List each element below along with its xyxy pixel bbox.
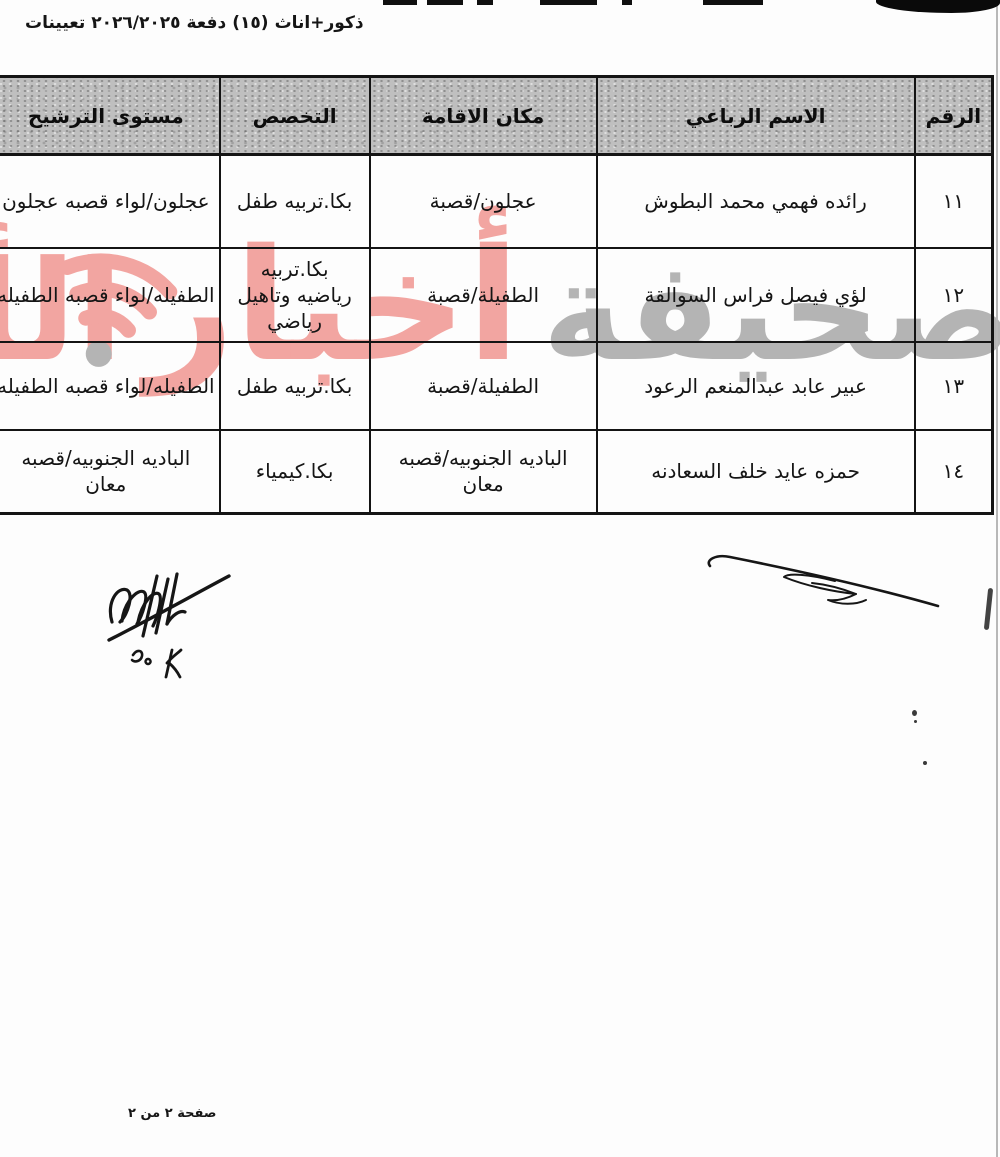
- cell-number: ١١: [915, 155, 993, 248]
- cell-full-name: حمزه عايد خلف السعادنه: [597, 430, 915, 514]
- table-row: ١٣ عبير عابد عبدالمنعم الرعود الطفيلة/قص…: [0, 342, 993, 430]
- cell-full-name: عبير عابد عبدالمنعم الرعود: [597, 342, 915, 430]
- title-word: دفعة: [186, 13, 226, 33]
- cell-residence: عجلون/قصبة: [370, 155, 597, 248]
- title-word: (١٥): [232, 13, 268, 33]
- title-word: ذكور+اناث: [275, 13, 364, 33]
- cell-number: ١٣: [915, 342, 993, 430]
- cell-residence: الطفيلة/قصبة: [370, 342, 597, 430]
- column-header-specialization: التخصص: [220, 77, 370, 155]
- cell-specialization: بكا.تربيه طفل: [220, 155, 370, 248]
- cell-full-name: لؤي فيصل فراس السوالقة: [597, 248, 915, 342]
- cell-specialization: بكا.كيمياء: [220, 430, 370, 514]
- cell-nomination-level: الباديه الجنوبيه/قصبه معان: [0, 430, 220, 514]
- table-row: ١٤ حمزه عايد خلف السعادنه الباديه الجنوب…: [0, 430, 993, 514]
- cell-number: ١٤: [915, 430, 993, 514]
- cell-specialization: بكا.تربيه طفل: [220, 342, 370, 430]
- handwritten-signature-left: [100, 560, 245, 690]
- scan-mark: [622, 0, 632, 5]
- ink-mark: [984, 588, 993, 630]
- appointments-table: الرقم الاسم الرباعي مكان الاقامة التخصص …: [0, 75, 994, 515]
- table-row: ١٢ لؤي فيصل فراس السوالقة الطفيلة/قصبة ب…: [0, 248, 993, 342]
- scan-mark: [427, 0, 463, 5]
- cell-nomination-level: عجلون/لواء قصبه عجلون: [0, 155, 220, 248]
- ink-speck: [912, 710, 917, 716]
- cell-nomination-level: الطفيله/لواء قصبه الطفيله: [0, 342, 220, 430]
- title-word: ٢٠٢٦/٢٠٢٥: [91, 13, 180, 33]
- header-row: الرقم الاسم الرباعي مكان الاقامة التخصص …: [0, 77, 993, 155]
- cell-specialization: بكا.تربيه رياضيه وتاهيل رياضي: [220, 248, 370, 342]
- ink-speck: [923, 761, 927, 765]
- column-header-residence: مكان الاقامة: [370, 77, 597, 155]
- page-number: صفحة ٢ من ٢: [128, 1106, 216, 1121]
- scan-mark: [703, 0, 763, 5]
- cell-residence: الباديه الجنوبيه/قصبه معان: [370, 430, 597, 514]
- scan-blob-top-right: [876, 0, 1000, 13]
- cell-nomination-level: الطفيله/لواء قصبه الطفيله: [0, 248, 220, 342]
- scanned-page: تعيينات ٢٠٢٦/٢٠٢٥ دفعة (١٥) ذكور+اناث صح…: [0, 0, 1000, 1157]
- page-title: تعيينات ٢٠٢٦/٢٠٢٥ دفعة (١٥) ذكور+اناث: [25, 13, 364, 33]
- scan-mark: [477, 0, 493, 5]
- handwritten-signature-right: [700, 548, 945, 618]
- cell-full-name: رائده فهمي محمد البطوش: [597, 155, 915, 248]
- column-header-full-name: الاسم الرباعي: [597, 77, 915, 155]
- column-header-nomination-level: مستوى الترشيح: [0, 77, 220, 155]
- scan-mark: [540, 0, 597, 5]
- ink-speck: [914, 720, 917, 723]
- page-edge-line: [996, 0, 998, 1157]
- title-word: تعيينات: [25, 13, 85, 33]
- scan-mark: [383, 0, 417, 5]
- table-row: ١١ رائده فهمي محمد البطوش عجلون/قصبة بكا…: [0, 155, 993, 248]
- cell-residence: الطفيلة/قصبة: [370, 248, 597, 342]
- column-header-number: الرقم: [915, 77, 993, 155]
- cell-number: ١٢: [915, 248, 993, 342]
- appointments-table-wrapper: الرقم الاسم الرباعي مكان الاقامة التخصص …: [0, 75, 994, 515]
